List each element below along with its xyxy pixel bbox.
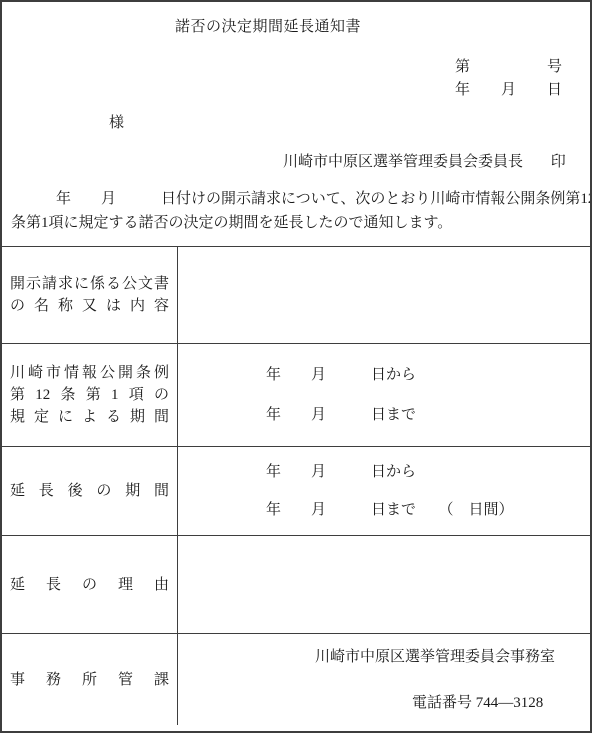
row-label-responsible-office: 事務所管課 [2, 634, 178, 725]
date-year-label: 年 [455, 80, 470, 100]
row-value-statutory-period: 年 月 日から 年 月 日まで [178, 344, 590, 446]
table-row-extension-reason: 延長の理由 [2, 535, 590, 633]
table-row-statutory-period: 川崎市情報公開条例 第12条第1項の 規定による期間 年 月 日から 年 月 日… [2, 343, 590, 446]
row-value-extended-period: 年 月 日から 年 月 日まで （ 日間） [178, 447, 590, 535]
row-label-document-name: 開示請求に係る公文書 の名称又は内容 [2, 247, 178, 343]
body-paragraph: 年 月 日付けの開示請求について、次のとおり川崎市情報公開条例第12 条第1項に… [11, 187, 589, 235]
office-name: 川崎市中原区選挙管理委員会事務室 [178, 649, 590, 665]
table-row-extended-period: 延長後の期間 年 月 日から 年 月 日まで （ 日間） [2, 446, 590, 535]
row-label-statutory-period: 川崎市情報公開条例 第12条第1項の 規定による期間 [2, 344, 178, 446]
body-line-1: 年 月 日付けの開示請求について、次のとおり川崎市情報公開条例第12 [11, 187, 589, 211]
extended-from-line: 年 月 日から [266, 464, 590, 480]
table-row-document-name: 開示請求に係る公文書 の名称又は内容 [2, 246, 590, 343]
notice-table: 開示請求に係る公文書 の名称又は内容 川崎市情報公開条例 第12条第1項の 規定… [2, 246, 590, 725]
table-row-responsible-office: 事務所管課 川崎市中原区選挙管理委員会事務室 電話番号 744—3128 [2, 633, 590, 725]
seal-placeholder: 印 [551, 154, 566, 170]
extended-to-line: 年 月 日まで （ 日間） [266, 502, 590, 518]
row-value-document-name [178, 247, 590, 343]
doc-number-prefix: 第 [455, 57, 470, 77]
period-from-line: 年 月 日から [266, 367, 590, 383]
issuer-line: 川崎市中原区選挙管理委員会委員長 印 [283, 151, 566, 173]
period-to-line: 年 月 日まで [266, 407, 590, 423]
addressee-honorific: 様 [109, 112, 124, 134]
date-day-label: 日 [547, 80, 562, 100]
row-label-extended-period: 延長後の期間 [2, 447, 178, 535]
doc-number-suffix: 号 [547, 57, 562, 77]
row-value-extension-reason [178, 536, 590, 633]
phone-number: 電話番号 744—3128 [178, 695, 590, 711]
body-line-2: 条第1項に規定する諾否の決定の期間を延長したので通知します。 [11, 211, 589, 235]
issue-date-line: 年 月 日 [455, 80, 562, 100]
row-value-responsible-office: 川崎市中原区選挙管理委員会事務室 電話番号 744—3128 [178, 634, 590, 725]
document-number-line: 第 号 [455, 57, 562, 77]
page-title: 諾否の決定期間延長通知書 [2, 16, 534, 38]
date-month-label: 月 [501, 80, 516, 100]
document-page: 諾否の決定期間延長通知書 第 号 年 月 日 様 川崎市中原区選挙管理委員会委員… [0, 0, 592, 733]
issuer-name: 川崎市中原区選挙管理委員会委員長 [283, 154, 523, 170]
row-label-extension-reason: 延長の理由 [2, 536, 178, 633]
